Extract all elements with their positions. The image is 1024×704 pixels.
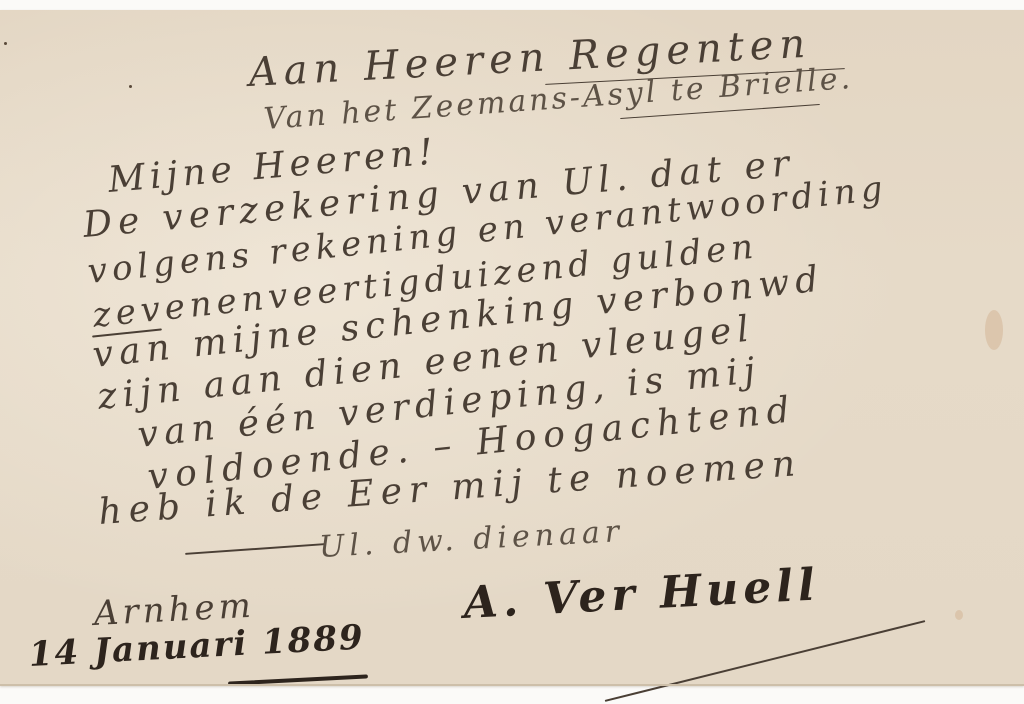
date-underline <box>228 674 368 685</box>
closing-flourish <box>185 543 325 555</box>
date: 14 Januari 1889 <box>28 617 366 675</box>
ink-speck <box>129 85 132 88</box>
signature: A. Ver Huell <box>462 559 821 629</box>
ink-speck <box>4 42 7 45</box>
paper-stain <box>985 310 1003 350</box>
signature-flourish <box>605 620 926 702</box>
letter-card: Aan Heeren Regenten Van het Zeemans-Asyl… <box>0 10 1024 686</box>
closing: Ul. dw. dienaar <box>318 514 625 565</box>
paper-stain <box>955 610 963 620</box>
